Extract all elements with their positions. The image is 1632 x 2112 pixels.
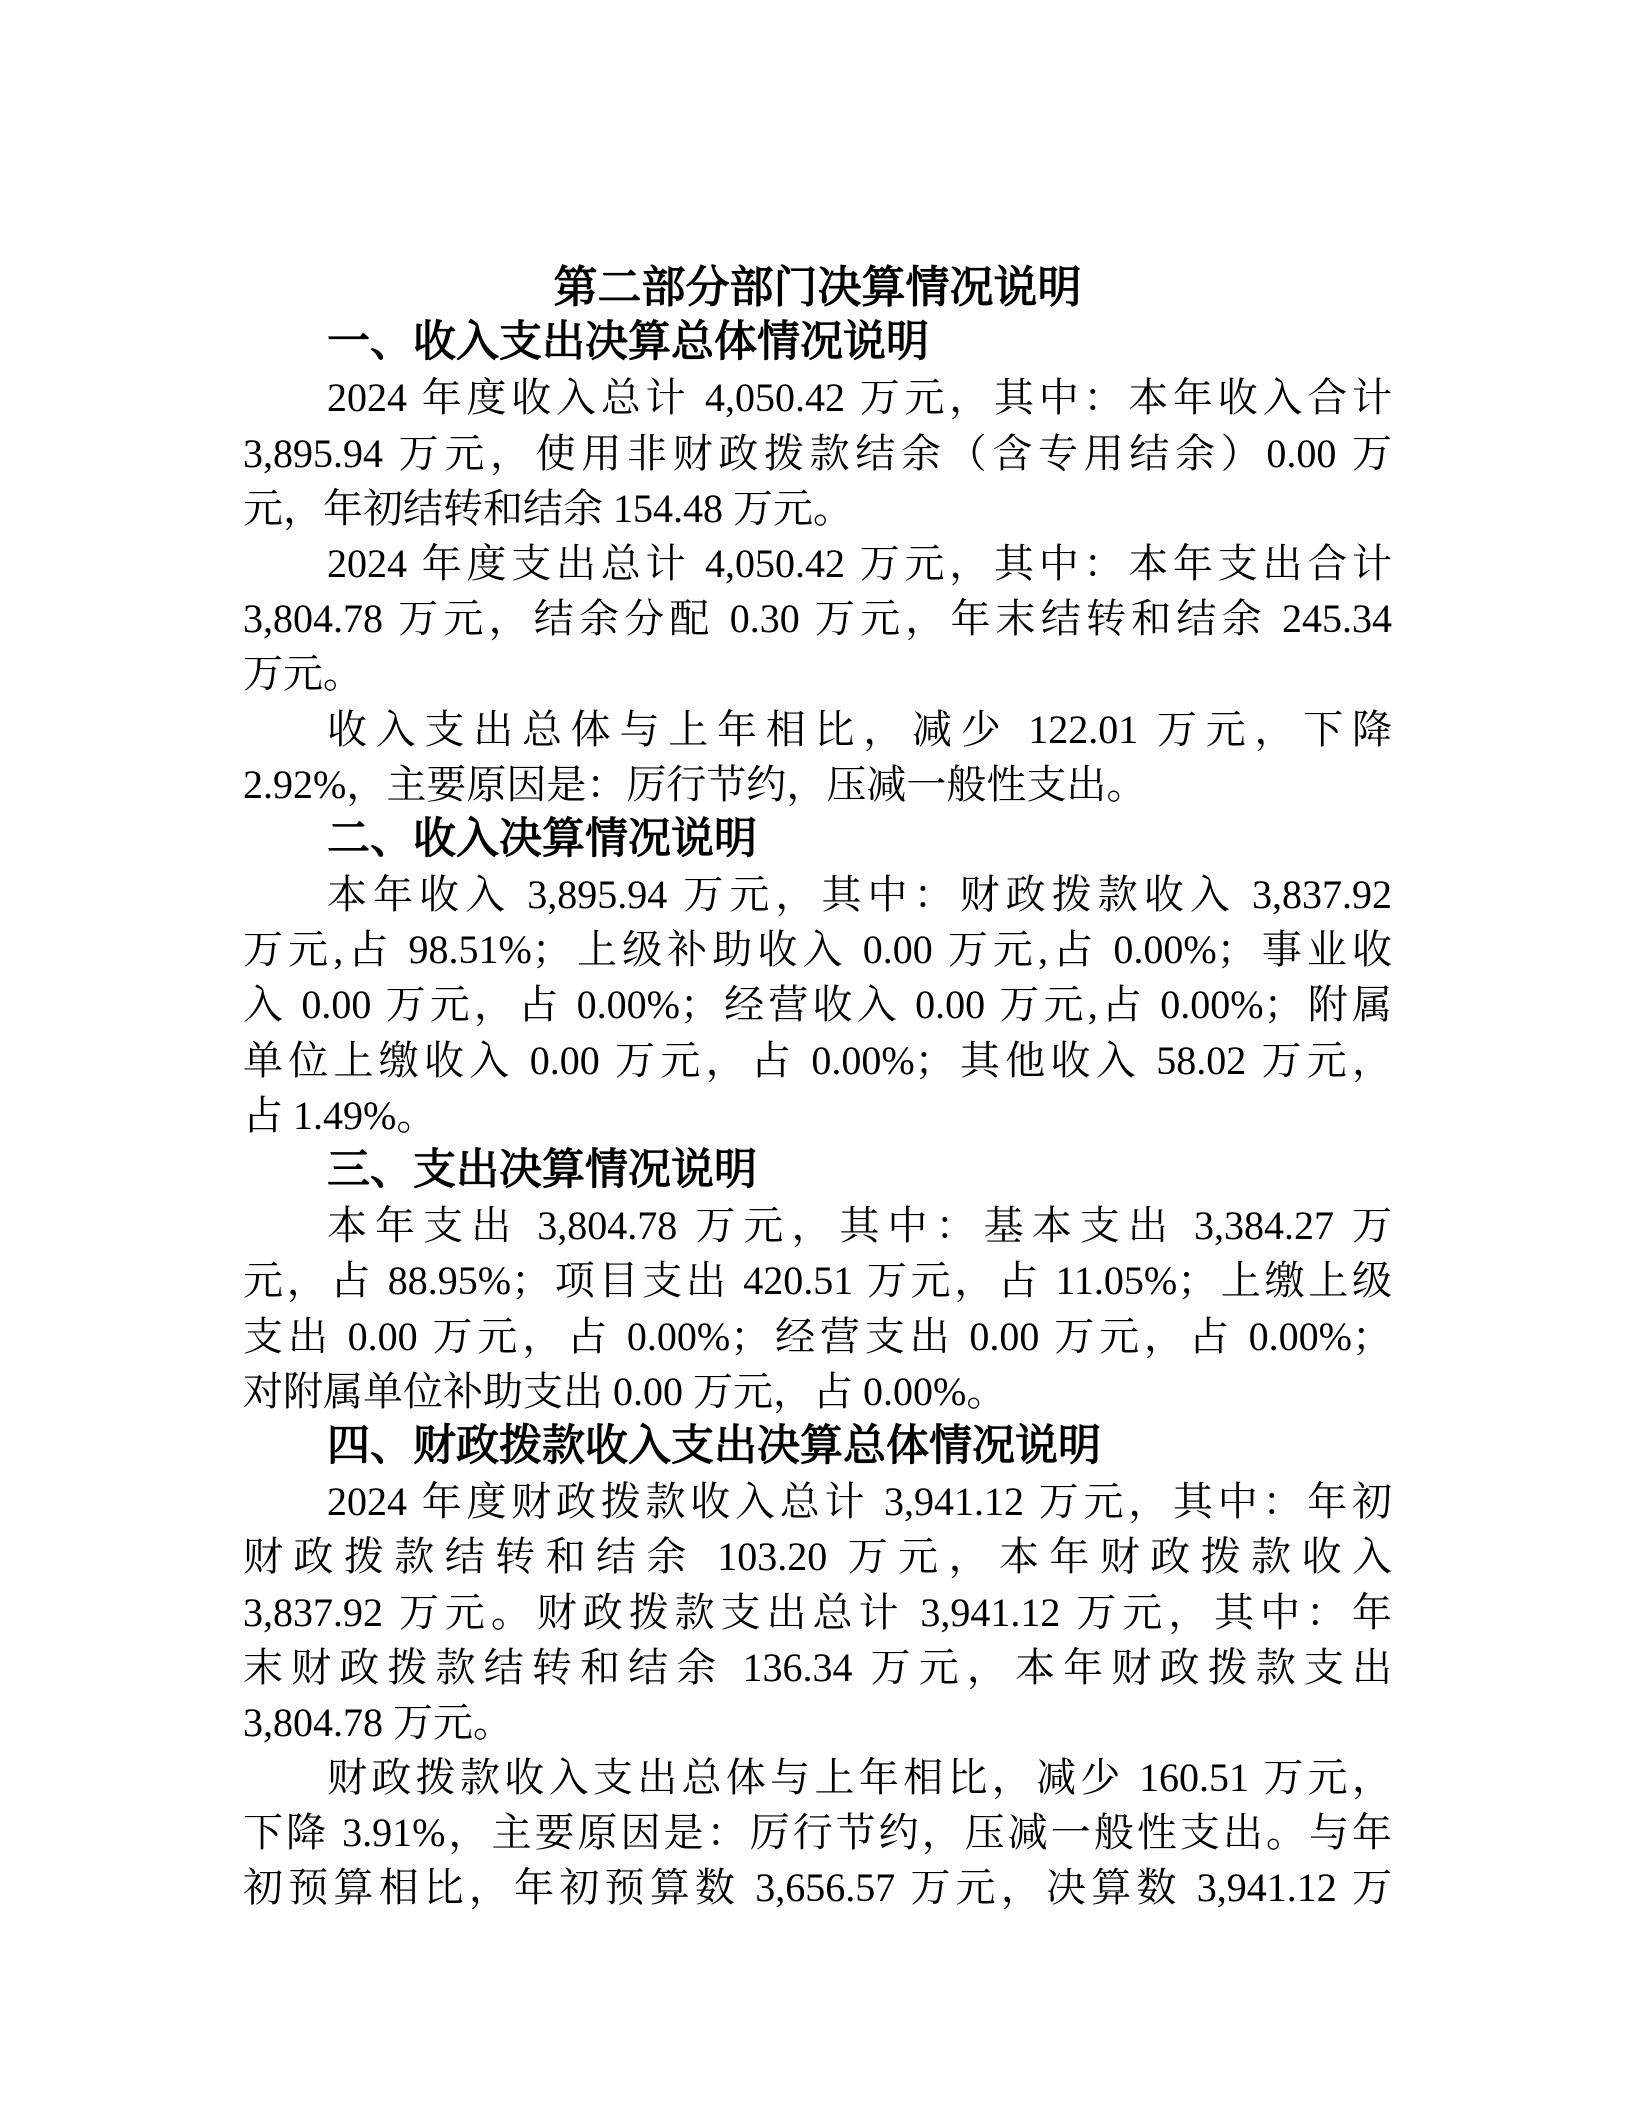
text-line: 财政拨款结转和结余 103.20 万元，本年财政拨款收入 [243,1529,1392,1584]
text-line: 初预算相比，年初预算数 3,656.57 万元，决算数 3,941.12 万 [243,1860,1392,1915]
text-line: 2024 年度财政拨款收入总计 3,941.12 万元，其中：年初 [243,1474,1392,1529]
text-line: 3,895.94 万元，使用非财政拨款结余（含专用结余）0.00 万 [243,426,1392,481]
text-line: 占 1.49%。 [243,1088,1392,1143]
text-line: 末财政拨款结转和结余 136.34 万元，本年财政拨款支出 [243,1640,1392,1695]
text-line: 元，年初结转和结余 154.48 万元。 [243,481,1392,536]
text-line: 3,804.78 万元，结余分配 0.30 万元，年末结转和结余 245.34 [243,591,1392,646]
section-heading: 三、支出决算情况说明 [243,1143,1392,1198]
section-heading: 四、财政拨款收入支出决算总体情况说明 [243,1419,1392,1474]
document-text-block: 第二部分部门决算情况说明一、收入支出决算总体情况说明2024 年度收入总计 4,… [243,260,1392,1916]
text-line: 元，占 88.95%；项目支出 420.51 万元，占 11.05%；上缴上级 [243,1253,1392,1308]
text-line: 单位上缴收入 0.00 万元，占 0.00%；其他收入 58.02 万元， [243,1033,1392,1088]
text-line: 下降 3.91%，主要原因是：厉行节约，压减一般性支出。与年 [243,1805,1392,1860]
text-line: 2024 年度支出总计 4,050.42 万元，其中：本年支出合计 [243,536,1392,591]
text-line: 3,804.78 万元。 [243,1695,1392,1750]
text-line: 对附属单位补助支出 0.00 万元，占 0.00%。 [243,1364,1392,1419]
text-line: 本年收入 3,895.94 万元，其中：财政拨款收入 3,837.92 [243,867,1392,922]
text-line: 收入支出总体与上年相比，减少 122.01 万元，下降 [243,702,1392,757]
text-line: 本年支出 3,804.78 万元，其中：基本支出 3,384.27 万 [243,1198,1392,1253]
section-heading: 一、收入支出决算总体情况说明 [243,315,1392,370]
section-heading: 二、收入决算情况说明 [243,812,1392,867]
text-line: 2.92%，主要原因是：厉行节约，压减一般性支出。 [243,757,1392,812]
text-line: 2024 年度收入总计 4,050.42 万元，其中：本年收入合计 [243,370,1392,425]
text-line: 3,837.92 万元。财政拨款支出总计 3,941.12 万元，其中：年 [243,1585,1392,1640]
text-line: 万元。 [243,646,1392,701]
document-title: 第二部分部门决算情况说明 [243,260,1392,315]
document-page: 第二部分部门决算情况说明一、收入支出决算总体情况说明2024 年度收入总计 4,… [0,0,1632,2112]
text-line: 入 0.00 万元，占 0.00%；经营收入 0.00 万元,占 0.00%；附… [243,977,1392,1032]
text-line: 财政拨款收入支出总体与上年相比，减少 160.51 万元， [243,1750,1392,1805]
text-line: 支出 0.00 万元，占 0.00%；经营支出 0.00 万元，占 0.00%； [243,1309,1392,1364]
text-line: 万元,占 98.51%；上级补助收入 0.00 万元,占 0.00%；事业收 [243,922,1392,977]
